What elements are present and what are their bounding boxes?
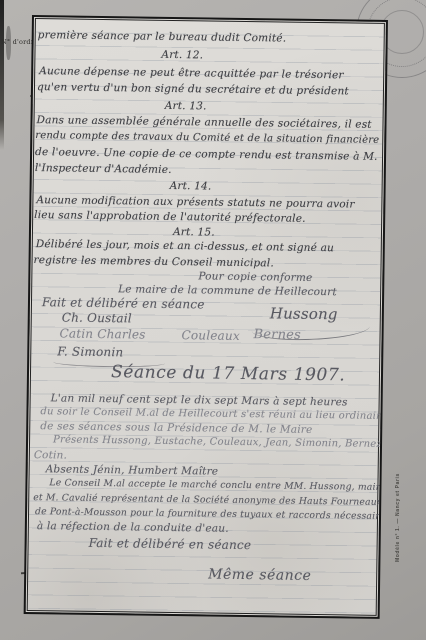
signature: Couleaux xyxy=(181,329,239,342)
manuscript-line: Aucune modification aux présents statuts… xyxy=(36,195,354,210)
article-header: Art. 13. xyxy=(165,101,207,112)
session-heading: Séance du 17 Mars 1907. xyxy=(111,364,346,384)
article-header: Art. 14. xyxy=(170,181,212,192)
signature: Ch. Oustail xyxy=(62,311,132,324)
manuscript-line: du soir le Conseil M.al de Heillecourt s… xyxy=(40,407,387,422)
manuscript-line: qu'en vertu d'un bon signé du secrétaire… xyxy=(37,82,349,97)
manuscript-line: rendu compte des travaux du Comité et de… xyxy=(35,131,379,146)
manuscript-line: lieu sans l'approbation de l'autorité pr… xyxy=(34,210,306,224)
manuscript-line: de Pont-à-Mousson pour la fourniture des… xyxy=(35,507,388,521)
register-photo: { "colors":{"paper":"#d9d7d3","photo_bac… xyxy=(0,0,426,640)
article-header: Art. 12. xyxy=(161,50,203,61)
signature: Catin Charles xyxy=(59,327,145,340)
manuscript-line: de l'oeuvre. Une copie de ce compte rend… xyxy=(35,147,378,162)
manuscript-line: à la réfection de la conduite d'eau. xyxy=(37,521,229,534)
manuscript-line: première séance par le bureau dudit Comi… xyxy=(38,30,287,44)
manuscript-line: et M. Cavalié représentant de la Société… xyxy=(33,493,382,507)
attendance-line: Présents Hussong, Eustache, Couleaux, Je… xyxy=(53,435,385,450)
attendance-line: Cotin. xyxy=(34,450,67,461)
manuscript-line: Dans une assemblée générale annuelle des… xyxy=(36,115,371,130)
manuscript-line: Délibéré les jour, mois et an ci-dessus,… xyxy=(36,239,334,254)
manuscript-line: registre les membres du Conseil municipa… xyxy=(34,255,274,269)
manuscript-line: l'Inspecteur d'Académie. xyxy=(35,163,172,175)
photo-edge-shadow xyxy=(0,0,4,150)
printer-imprint: Modèle n° 1. — Nancy et Paris xyxy=(395,473,401,562)
register-page: première séance par le bureau dudit Comi… xyxy=(24,15,388,619)
certification-line: Pour copie conforme xyxy=(198,271,312,283)
manuscript-line: Aucune dépense ne peut être acquittée pa… xyxy=(39,66,344,81)
session-note: Même séance xyxy=(208,568,311,583)
article-header: Art. 15. xyxy=(173,227,215,238)
manuscript-line: L'an mil neuf cent sept le dix sept Mars… xyxy=(51,393,348,408)
attendance-line: Absents Jénin, Humbert Maître xyxy=(46,464,219,477)
closing-line: Fait et délibéré en séance xyxy=(89,537,252,551)
signature: Bernes xyxy=(253,328,301,342)
signature: F. Simonin xyxy=(57,345,123,358)
closing-line: Fait et délibéré en séance xyxy=(42,296,205,310)
manuscript-line: de ses séances sous la Présidence de M. … xyxy=(40,421,312,435)
manuscript-line: Le Conseil M.al accepte le marché conclu… xyxy=(49,478,386,492)
